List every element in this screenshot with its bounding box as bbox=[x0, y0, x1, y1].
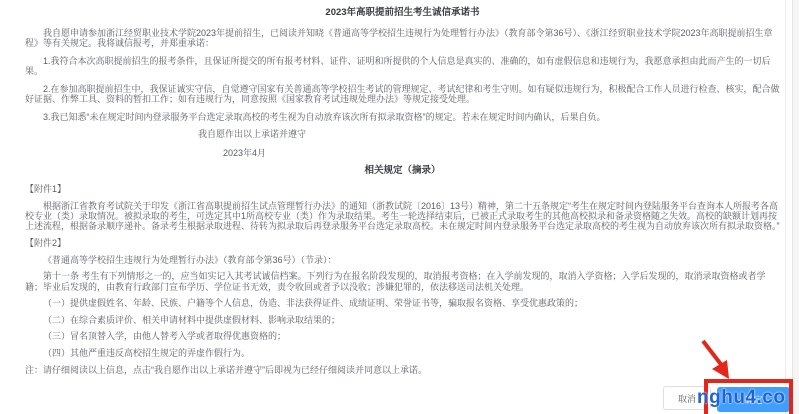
document-title: 2023年高职提前招生考生诚信承诺书 bbox=[25, 4, 780, 21]
attachment2-label: 【附件2】 bbox=[25, 238, 780, 249]
intro-paragraph: 我自愿申请参加浙江经贸职业技术学院2023年提前招生，已阅读并知晓《普通高等学校… bbox=[25, 28, 780, 49]
clause-4: （四）其他严重违反高校招生规定的弄虚作假行为。 bbox=[25, 348, 780, 359]
related-rules-title: 相关规定（摘录） bbox=[25, 166, 780, 177]
clause-3: （三）冒名顶替入学，由他人替考入学或者取得优惠资格的； bbox=[25, 331, 780, 342]
date-line: 2023年4月 bbox=[223, 148, 780, 159]
commitment-dialog: 2023年高职提前招生考生诚信承诺书 我自愿申请参加浙江经贸职业技术学院2023… bbox=[0, 0, 793, 414]
read-note: 注：请仔细阅读以上信息，点击“我自愿作出以上承诺并遵守”后即视为已经仔细阅读并同… bbox=[25, 365, 780, 376]
confirm-agree-button[interactable]: 确定 bbox=[717, 387, 790, 412]
article-11: 第十一条 考生有下列情形之一的，应当如实记入其考试诚信档案。下列行为在报名阶段发… bbox=[25, 271, 780, 292]
commitment-item-1: 1.我符合本次高职提前招生的报考条件，且保证所提交的所有报考材料、证件、证明和所… bbox=[25, 56, 780, 77]
clause-2: （二）在综合素质评价、相关申请材料中提供虚假材料、影响录取结果的； bbox=[25, 315, 780, 326]
attachment2-intro: 《普通高等学校招生违规行为处理暂行办法》（教育部令第36号）（节录）： bbox=[25, 255, 780, 266]
commitment-item-2: 2.在参加高职提前招生中，我保证诚实守信，自觉遵守国家有关普通高等学校招生考试的… bbox=[25, 84, 780, 105]
attachment1-text: 根据浙江省教育考试院关于印发《浙江省高职提前招生试点管理暂行办法》的通知（浙教试… bbox=[25, 201, 780, 231]
commitment-item-3: 3.我已知悉“未在规定时间内登录服务平台选定录取高校的考生视为自动放弃该次所有拟… bbox=[25, 112, 780, 123]
clause-1: （一）提供虚假姓名、年龄、民族、户籍等个人信息，伪造、非法获得证件、成绩证明、荣… bbox=[25, 298, 780, 309]
cancel-button[interactable]: 取消 bbox=[663, 386, 711, 410]
attachment1-label: 【附件1】 bbox=[25, 184, 780, 195]
pledge-line: 我自愿作出以上承诺并遵守 bbox=[198, 129, 780, 140]
commitment-document: 2023年高职提前招生考生诚信承诺书 我自愿申请参加浙江经贸职业技术学院2023… bbox=[0, 0, 792, 376]
